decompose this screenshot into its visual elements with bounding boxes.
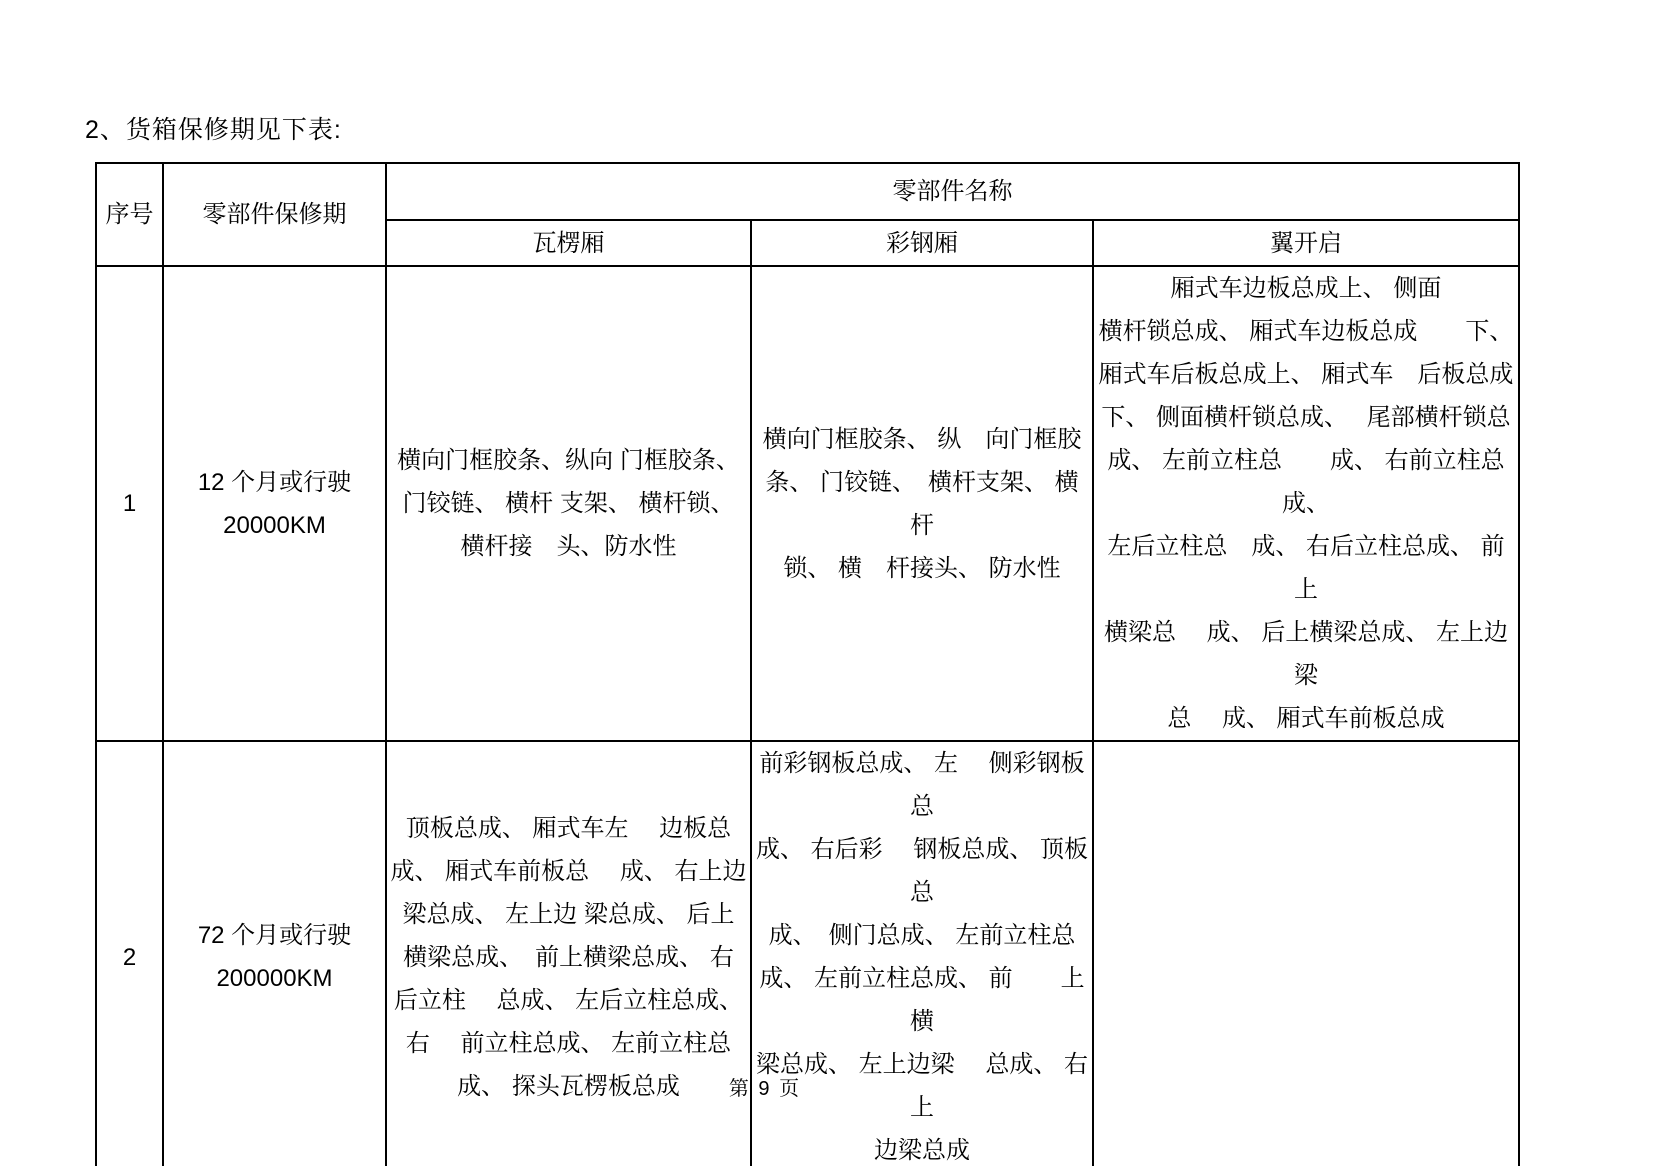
header-wing-open: 翼开启 xyxy=(1093,220,1519,266)
header-serial-number: 序号 xyxy=(96,163,163,266)
section-heading: 2、货箱保修期见下表: xyxy=(85,110,342,146)
row1-corrugated-cell: 横向门框胶条、纵向 门框胶条、门铰链、 横杆 支架、 横杆锁、横杆接 头、防水性 xyxy=(386,266,751,741)
row1-serial-number: 1 xyxy=(96,266,163,741)
row1-warranty-period: 12 个月或行驶20000KM xyxy=(163,266,386,741)
document-page: 2、货箱保修期见下表: 序号 零部件保修期 零部件名称 瓦楞厢 彩钢厢 翼开启 … xyxy=(0,0,1654,1166)
row2-color-steel-cell: 前彩钢板总成、 左 侧彩钢板总成、 右后彩 钢板总成、 顶板总成、 侧门总成、 … xyxy=(751,741,1093,1166)
row2-wing-open-cell xyxy=(1093,741,1519,1166)
header-parts-name: 零部件名称 xyxy=(386,163,1519,220)
table-row-2: 2 72 个月或行驶200000KM 顶板总成、 厢式车左 边板总成、 厢式车前… xyxy=(96,741,1519,1166)
header-row-1: 序号 零部件保修期 零部件名称 xyxy=(96,163,1519,220)
header-corrugated-box: 瓦楞厢 xyxy=(386,220,751,266)
header-warranty-period: 零部件保修期 xyxy=(163,163,386,266)
row1-wing-open-cell: 厢式车边板总成上、 侧面横杆锁总成、 厢式车边板总成 下、厢式车后板总成上、 厢… xyxy=(1093,266,1519,741)
page-number-footer: 第 9 页 xyxy=(0,1072,1530,1101)
row2-warranty-period: 72 个月或行驶200000KM xyxy=(163,741,386,1166)
warranty-table: 序号 零部件保修期 零部件名称 瓦楞厢 彩钢厢 翼开启 1 12 个月或行驶20… xyxy=(95,162,1520,1166)
row2-corrugated-cell: 顶板总成、 厢式车左 边板总成、 厢式车前板总 成、 右上边梁总成、 左上边 梁… xyxy=(386,741,751,1166)
table-row-1: 1 12 个月或行驶20000KM 横向门框胶条、纵向 门框胶条、门铰链、 横杆… xyxy=(96,266,1519,741)
row1-color-steel-cell: 横向门框胶条、 纵 向门框胶条、 门铰链、 横杆支架、 横杆锁、 横 杆接头、 … xyxy=(751,266,1093,741)
row2-serial-number: 2 xyxy=(96,741,163,1166)
header-color-steel-box: 彩钢厢 xyxy=(751,220,1093,266)
